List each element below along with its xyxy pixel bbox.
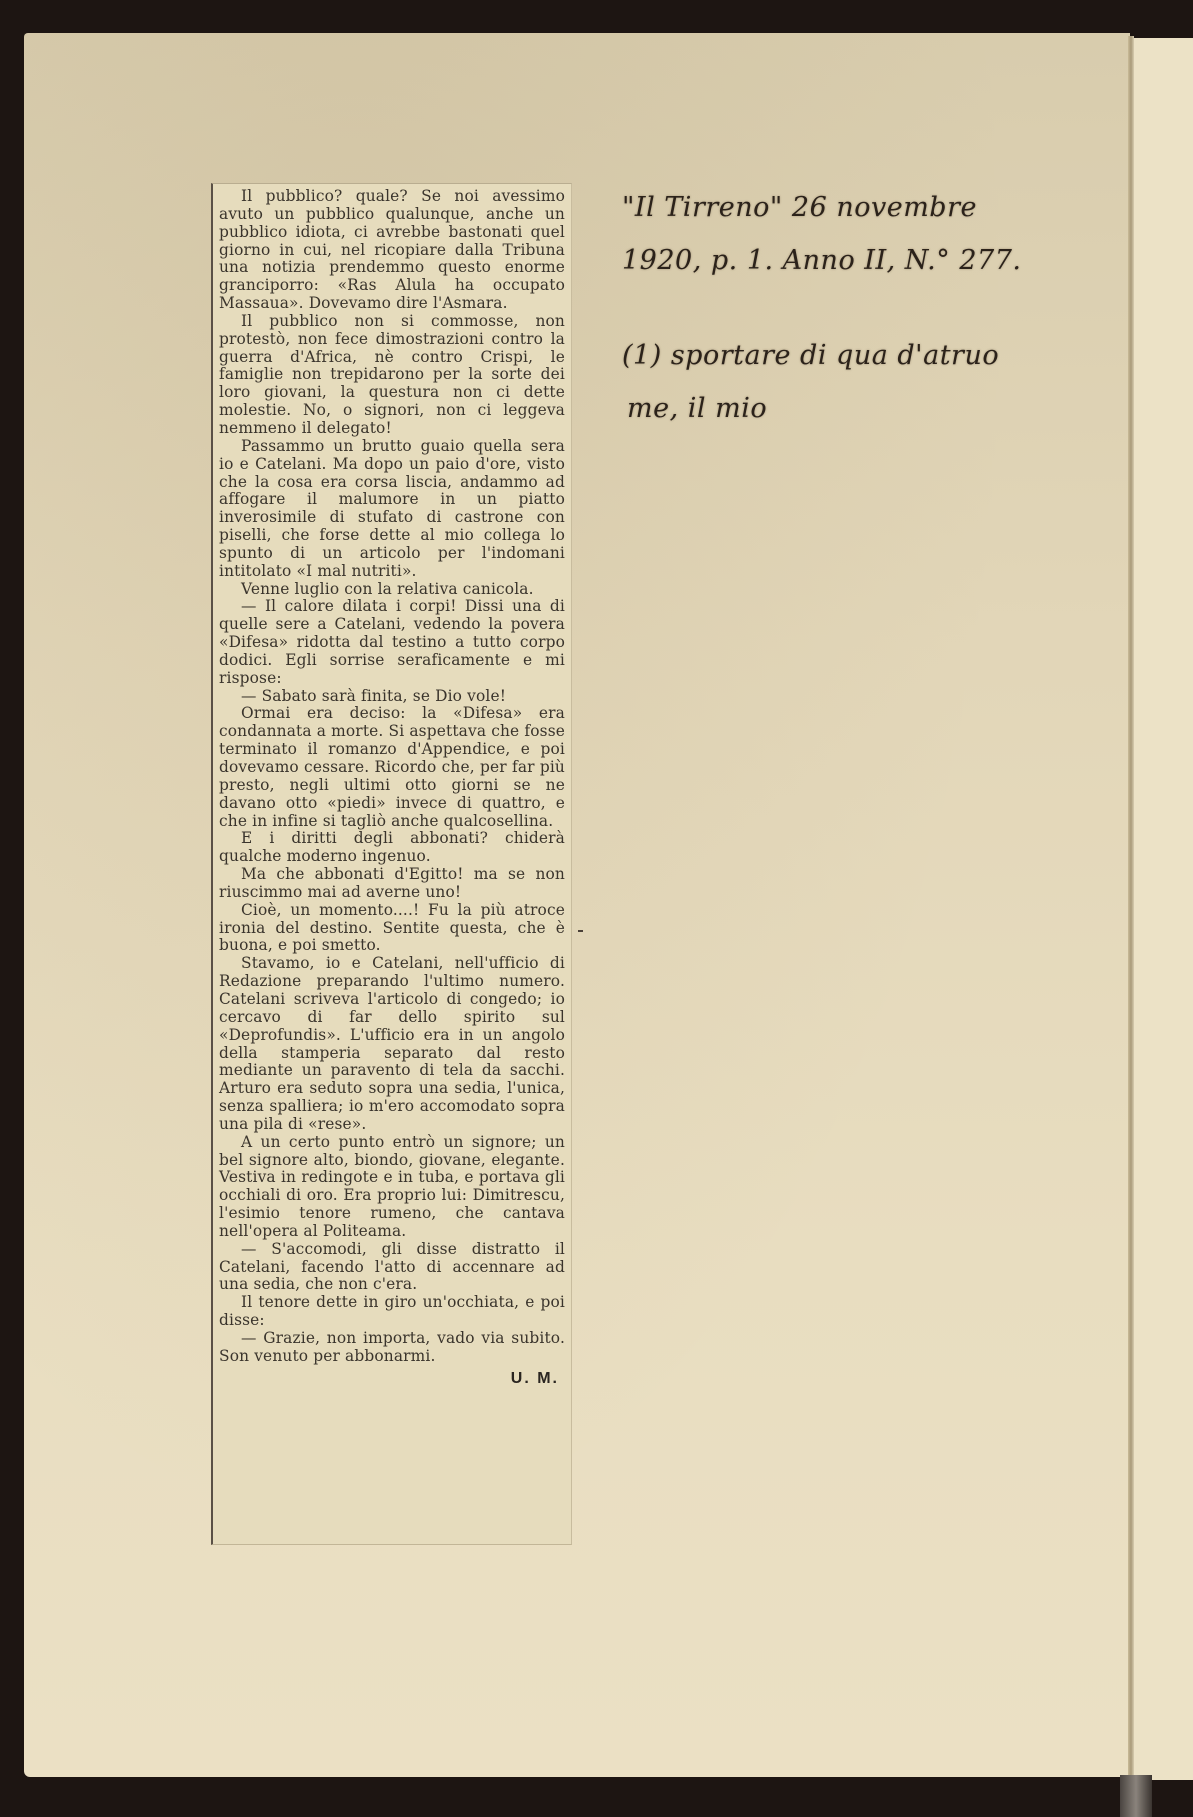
handwritten-footnote-line-2: me, il mio — [627, 393, 767, 424]
paragraph: Ormai era deciso: la «Difesa» era condan… — [219, 705, 565, 830]
paragraph: Passammo un brutto guaio quella sera io … — [219, 438, 565, 581]
adjacent-page-edge — [1134, 38, 1193, 1780]
margin-tick-mark — [578, 930, 583, 932]
paragraph: — Sabato sarà finita, se Dio vole! — [219, 688, 565, 706]
newspaper-clipping: Il pubblico? quale? Se noi avessimo avut… — [211, 183, 572, 1545]
paragraph: — Grazie, non importa, vado via subito. … — [219, 1330, 565, 1366]
paragraph: Stavamo, io e Catelani, nell'ufficio di … — [219, 955, 565, 1133]
paragraph: — S'accomodi, gli disse distratto il Cat… — [219, 1241, 565, 1295]
paragraph: Il pubblico? quale? Se noi avessimo avut… — [219, 188, 565, 313]
paragraph: Il tenore dette in giro un'occhiata, e p… — [219, 1294, 565, 1330]
paragraph: Il pubblico non si commosse, non protest… — [219, 313, 565, 438]
article-body: Il pubblico? quale? Se noi avessimo avut… — [219, 188, 565, 1366]
paragraph: E i diritti degli abbonati? chiderà qual… — [219, 830, 565, 866]
handwritten-footnote-line-1: (1) sportare di qua d'atruo — [622, 340, 999, 371]
archival-page — [24, 33, 1130, 1777]
paragraph: A un certo punto entrò un signore; un be… — [219, 1134, 565, 1241]
paragraph: Venne luglio con la relativa canicola. — [219, 581, 565, 599]
paragraph: Cioè, un momento....! Fu la più atroce i… — [219, 902, 565, 956]
handwritten-source-line-2: 1920, p. 1. Anno II, N.° 277. — [622, 245, 1021, 276]
handwritten-source-line-1: "Il Tirreno" 26 novembre — [622, 192, 977, 223]
spine-tab — [1120, 1775, 1152, 1817]
paragraph: — Il calore dilata i corpi! Dissi una di… — [219, 598, 565, 687]
author-signature: U. M. — [219, 1370, 565, 1388]
paragraph: Ma che abbonati d'Egitto! ma se non rius… — [219, 866, 565, 902]
